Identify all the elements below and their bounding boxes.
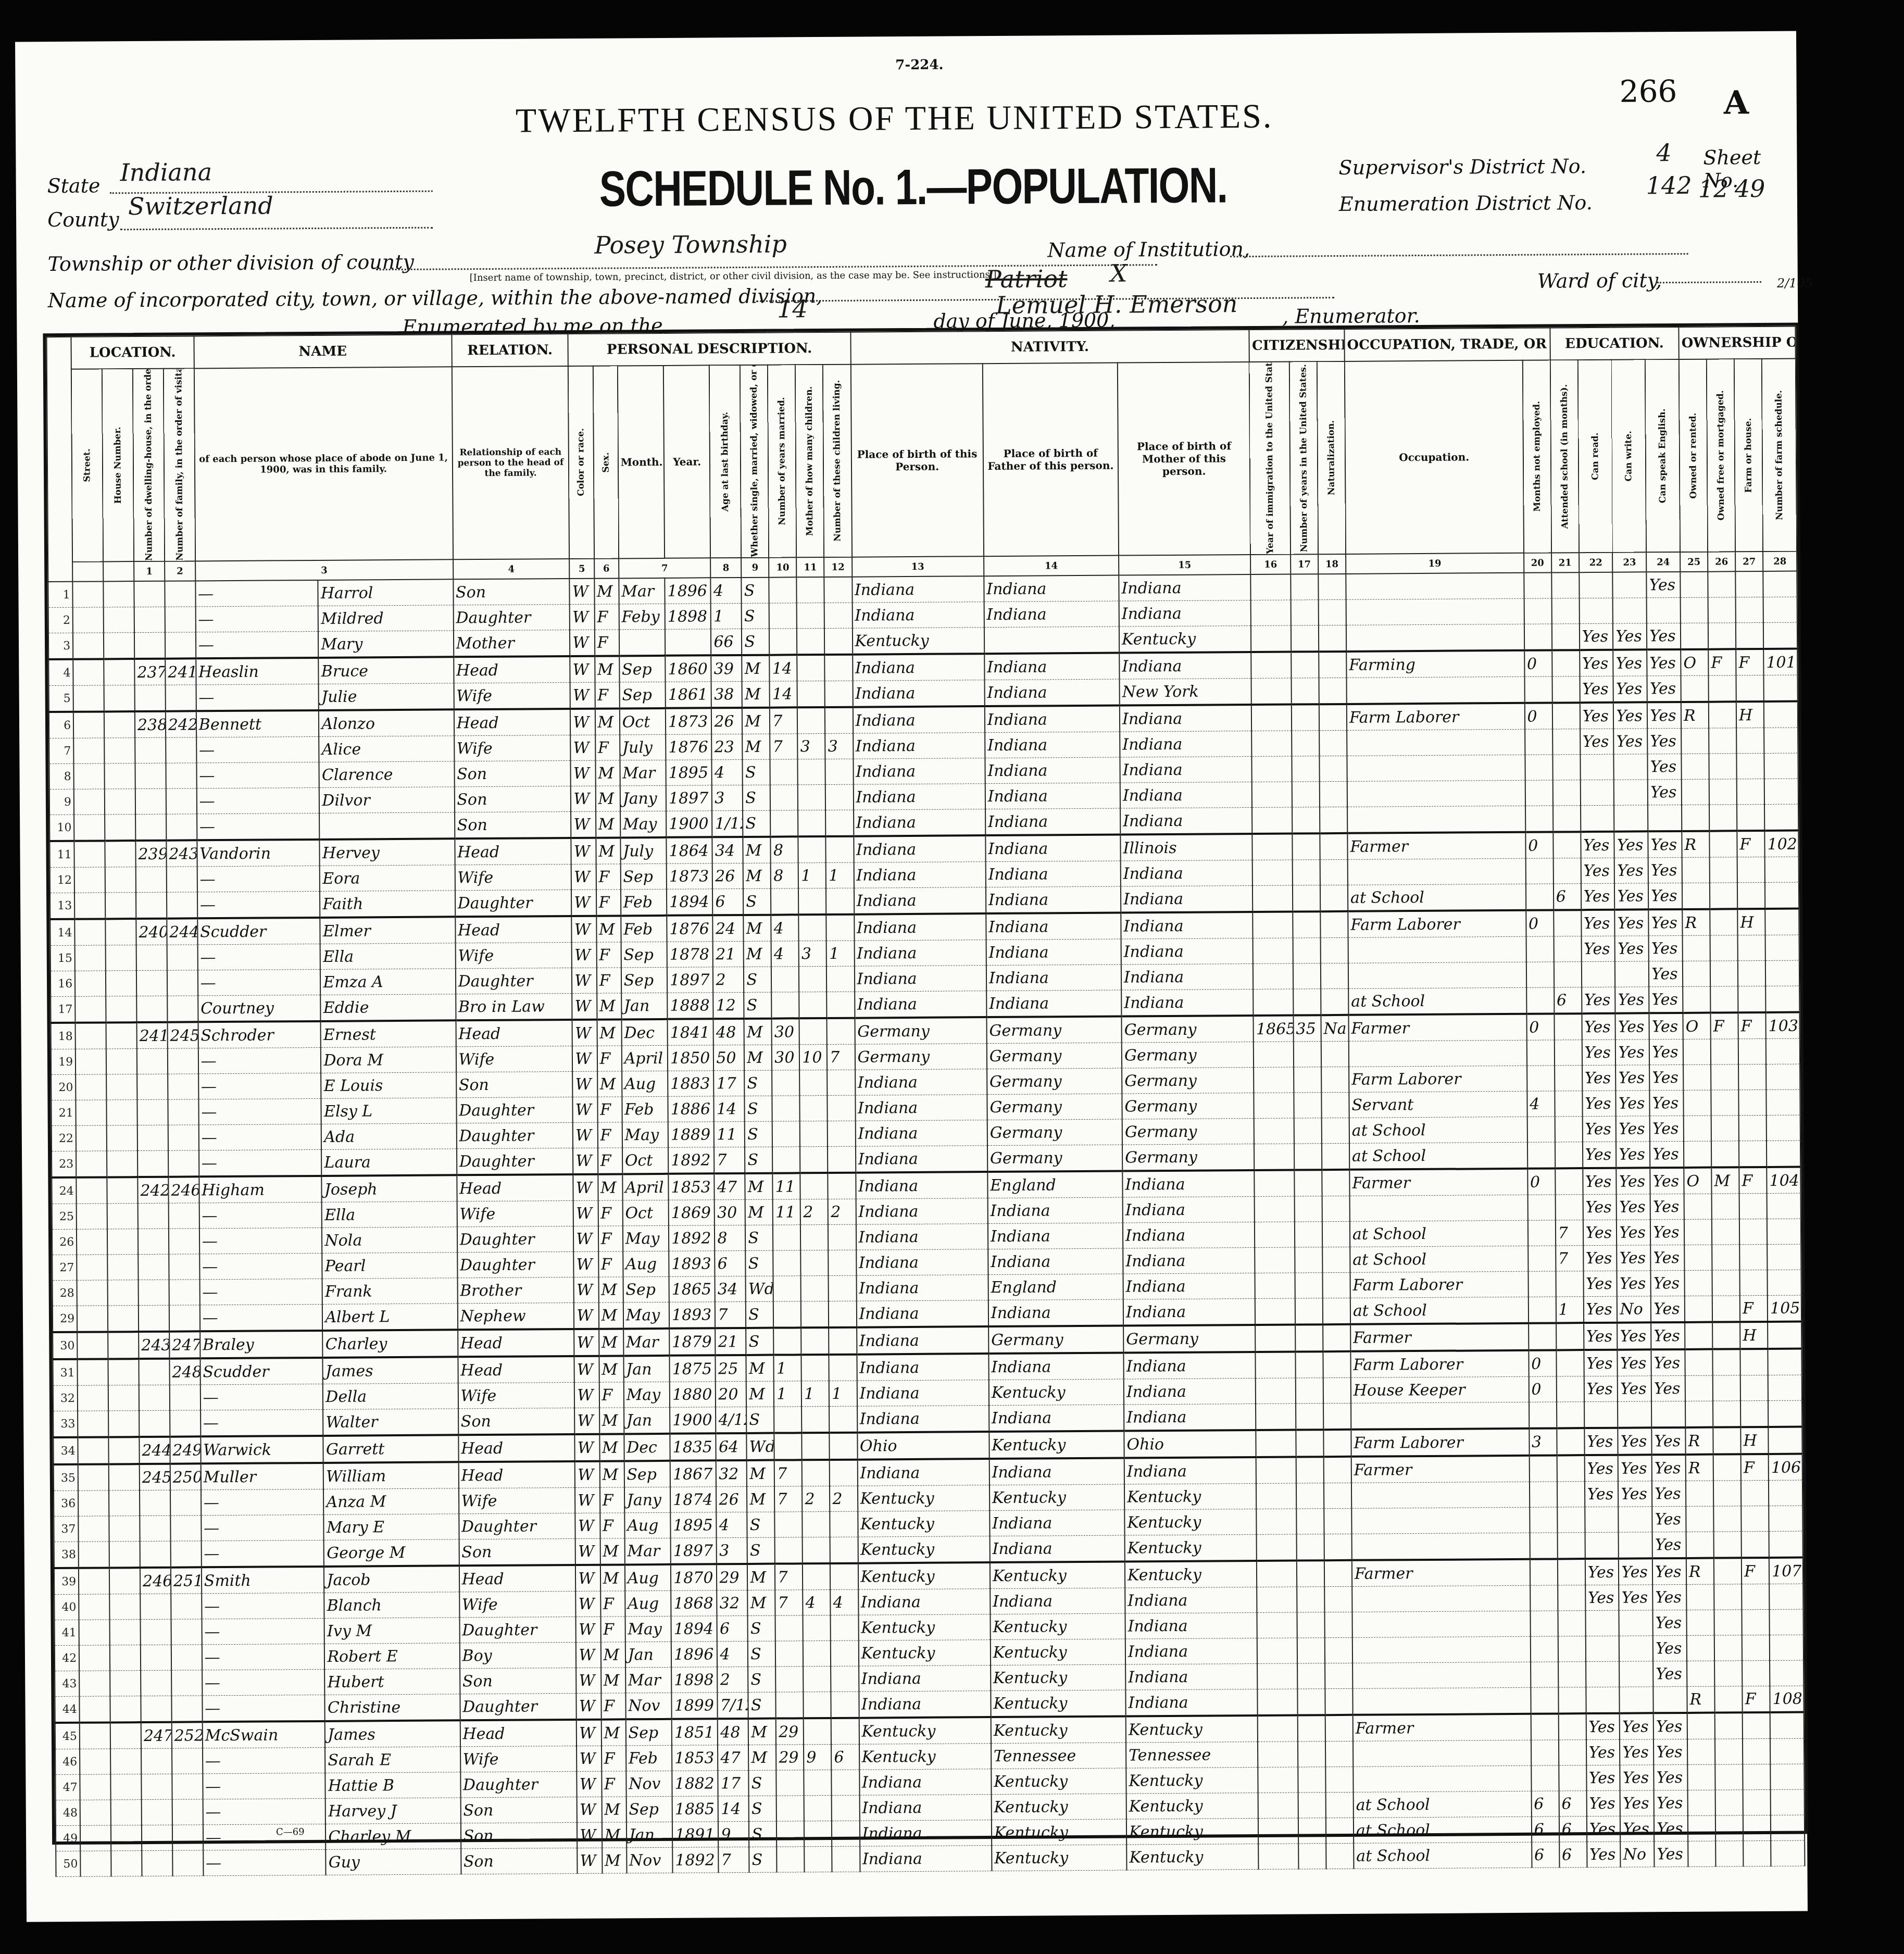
years-married-cell: [771, 992, 799, 1019]
mother-birthplace-cell: Indiana: [1121, 989, 1254, 1016]
relationship-cell: Daughter: [457, 1251, 574, 1277]
age-cell: 64: [716, 1433, 747, 1460]
dwelling-number-cell: [140, 1619, 171, 1645]
farm-house-cell: [1736, 753, 1764, 779]
given-name-cell: Eddie: [321, 994, 456, 1021]
can-read-cell: Yes: [1584, 1376, 1618, 1401]
occupation-cell: [1352, 1611, 1530, 1637]
marital-status-cell: M: [743, 837, 771, 863]
birth-year-cell: 1893: [669, 1302, 716, 1329]
birthplace-cell: Indiana: [857, 1326, 989, 1355]
dwelling-number-cell: [134, 685, 165, 711]
naturalization-cell: [1322, 1196, 1349, 1221]
years-married-cell: [775, 1512, 803, 1537]
years-married-cell: [774, 1407, 801, 1433]
father-birthplace-cell: Kentucky: [990, 1613, 1125, 1640]
col-mother-of: Mother of how many children.: [795, 365, 824, 557]
house-number-cell: [109, 1490, 140, 1516]
col-naturalization: Naturalization.: [1317, 361, 1346, 554]
race-cell: W: [574, 1382, 599, 1408]
naturalization-cell: [1319, 678, 1346, 704]
birthplace-cell: Indiana: [853, 784, 985, 810]
immigration-year-cell: [1255, 1273, 1295, 1298]
farm-schedule-cell: [1765, 935, 1799, 960]
birth-month-cell: Nov: [625, 1693, 672, 1719]
farm-house-cell: H: [1740, 1427, 1768, 1454]
birth-month-cell: Sep: [619, 656, 666, 682]
immigration-year-cell: [1252, 782, 1292, 807]
dwelling-number-cell: [138, 1254, 169, 1280]
surname-cell: —: [201, 1409, 323, 1436]
children-living-cell: [826, 836, 854, 863]
children-born-cell: [802, 1433, 830, 1460]
can-read-cell: Yes: [1582, 1116, 1616, 1142]
colnum: 20: [1524, 553, 1551, 572]
col-year: Year.: [663, 365, 711, 558]
immigration-year-cell: [1258, 1818, 1298, 1844]
months-unemployed-cell: [1531, 1687, 1558, 1714]
street-cell: [77, 1332, 108, 1359]
given-name-cell: Alonzo: [319, 709, 454, 736]
given-name-cell: Walter: [323, 1409, 458, 1436]
naturalization-cell: [1320, 911, 1348, 938]
immigration-year-cell: [1252, 860, 1293, 885]
speaks-english-cell: Yes: [1654, 1790, 1688, 1815]
row-number-cell: 23: [52, 1151, 76, 1178]
farm-schedule-cell: [1769, 1506, 1802, 1531]
mother-birthplace-cell: Indiana: [1124, 1378, 1256, 1405]
col-years-in-us: Number of years in the United States.: [1289, 361, 1318, 554]
speaks-english-cell: Yes: [1653, 1661, 1687, 1686]
birthplace-cell: Indiana: [854, 862, 986, 888]
colnum: 14: [984, 556, 1119, 577]
father-birthplace-cell: Kentucky: [992, 1845, 1126, 1871]
school-months-cell: [1555, 1091, 1582, 1117]
farm-house-cell: [1739, 1219, 1767, 1244]
months-unemployed-cell: 0: [1526, 1013, 1554, 1040]
can-write-cell: Yes: [1616, 1116, 1650, 1142]
relationship-cell: Son: [456, 1071, 573, 1097]
farm-house-cell: [1742, 1531, 1769, 1558]
enumerator-name: Lemuel H. Emerson: [996, 290, 1238, 319]
can-write-cell: Yes: [1618, 1376, 1651, 1401]
speaks-english-cell: Yes: [1648, 909, 1682, 936]
free-mortgaged-cell: [1708, 571, 1735, 597]
marital-status-cell: M: [747, 1486, 774, 1512]
years-in-us-cell: [1297, 1612, 1324, 1638]
given-name-cell: Anza M: [323, 1488, 458, 1515]
years-married-cell: [769, 603, 797, 629]
family-number-cell: [167, 892, 197, 919]
children-living-cell: [830, 1563, 858, 1590]
birth-month-cell: April: [622, 1174, 669, 1200]
father-birthplace-cell: Germany: [987, 1043, 1122, 1069]
father-birthplace-cell: Indiana: [985, 783, 1120, 809]
years-in-us-cell: [1295, 1351, 1323, 1378]
children-living-cell: [831, 1692, 859, 1718]
mother-birthplace-cell: Indiana: [1120, 807, 1252, 834]
birth-month-cell: Aug: [622, 1071, 668, 1097]
months-unemployed-cell: 0: [1529, 1350, 1556, 1376]
free-mortgaged-cell: F: [1711, 1012, 1738, 1039]
mother-birthplace-cell: Indiana: [1125, 1638, 1258, 1664]
supervisor-label: Supervisor's District No.: [1338, 155, 1586, 179]
children-living-cell: [826, 966, 854, 992]
naturalization-cell: [1322, 1272, 1350, 1298]
can-write-cell: [1618, 1401, 1651, 1428]
children-born-cell: [804, 1718, 831, 1745]
school-months-cell: [1551, 598, 1579, 624]
marital-status-cell: S: [747, 1512, 775, 1537]
sex-cell: M: [602, 1822, 626, 1848]
street-cell: [75, 945, 106, 971]
dwelling-number-cell: [142, 1850, 172, 1876]
dwelling-number-cell: [136, 867, 167, 892]
birth-year-cell: 1891: [672, 1822, 719, 1848]
given-name-cell: Julie: [319, 683, 454, 710]
children-living-cell: [829, 1301, 856, 1327]
house-number-cell: [105, 893, 136, 919]
children-born-cell: [799, 1018, 827, 1045]
family-number-cell: [170, 1541, 201, 1568]
sex-cell: F: [596, 890, 621, 916]
relationship-cell: Head: [454, 709, 570, 736]
children-born-cell: [800, 1121, 828, 1146]
surname-cell: Scudder: [200, 1358, 323, 1385]
can-write-cell: Yes: [1618, 1427, 1652, 1455]
years-married-cell: 1: [774, 1355, 801, 1381]
can-write-cell: Yes: [1615, 987, 1649, 1013]
school-months-cell: [1557, 1533, 1585, 1559]
dwelling-number-cell: [139, 1385, 170, 1410]
father-birthplace-cell: Indiana: [989, 1510, 1124, 1536]
school-months-cell: [1558, 1585, 1585, 1611]
owned-rented-cell: [1683, 961, 1710, 986]
school-months-cell: [1553, 806, 1581, 832]
birthplace-cell: Indiana: [857, 1380, 989, 1407]
family-number-cell: 245: [167, 1022, 198, 1048]
birthplace-cell: Indiana: [856, 1224, 988, 1250]
can-read-cell: Yes: [1583, 1168, 1617, 1195]
race-cell: W: [577, 1822, 602, 1848]
age-cell: 3: [712, 785, 743, 810]
dwelling-number-cell: [134, 581, 165, 607]
street-cell: [77, 1306, 108, 1332]
birth-year-cell: 1896: [671, 1642, 718, 1668]
row-number-cell: 18: [51, 1023, 76, 1049]
farm-house-cell: [1740, 1349, 1768, 1375]
marital-status-cell: S: [748, 1641, 775, 1667]
occupation-cell: Farm Laborer: [1349, 1066, 1527, 1092]
owned-rented-cell: [1687, 1739, 1715, 1764]
relationship-cell: Head: [458, 1356, 574, 1383]
birth-year-cell: 1897: [666, 785, 712, 811]
birthplace-cell: Indiana: [857, 1459, 989, 1486]
mother-birthplace-cell: Indiana: [1121, 938, 1254, 965]
family-number-cell: [170, 1410, 201, 1437]
birthplace-cell: Indiana: [857, 1354, 989, 1381]
street-cell: [74, 763, 105, 789]
birth-month-cell: Jany: [620, 785, 666, 811]
age-cell: 47: [715, 1173, 745, 1200]
school-months-cell: [1558, 1687, 1586, 1714]
occupation-cell: [1349, 1040, 1527, 1067]
age-cell: 7: [719, 1847, 749, 1872]
colnum: [103, 561, 134, 581]
house-number-cell: [110, 1671, 141, 1696]
father-birthplace-cell: Germany: [987, 1119, 1122, 1146]
race-cell: W: [577, 1720, 601, 1746]
ward-label: Ward of city,: [1537, 269, 1662, 292]
speaks-english-cell: Yes: [1652, 1532, 1686, 1558]
given-name-cell: Blanch: [324, 1592, 459, 1619]
can-read-cell: Yes: [1580, 703, 1613, 729]
can-write-cell: Yes: [1618, 1349, 1651, 1376]
race-cell: W: [576, 1617, 600, 1642]
owned-rented-cell: [1683, 1064, 1711, 1090]
col-months-unemployed: Months not employed.: [1522, 360, 1551, 553]
father-birthplace-cell: Germany: [987, 1068, 1122, 1095]
age-cell: 4: [712, 759, 743, 785]
birthplace-cell: Indiana: [857, 1406, 989, 1433]
marital-status-cell: S: [746, 1301, 773, 1328]
free-mortgaged-cell: [1712, 1296, 1740, 1322]
age-cell: 2: [717, 1667, 748, 1692]
street-cell: [80, 1749, 110, 1774]
owned-rented-cell: [1688, 1815, 1715, 1841]
father-birthplace-cell: Indiana: [985, 732, 1120, 758]
children-living-cell: [832, 1770, 859, 1795]
birth-year-cell: 1896: [665, 578, 711, 604]
farm-schedule-cell: [1770, 1712, 1804, 1739]
can-write-cell: [1619, 1610, 1653, 1636]
speaks-english-cell: Yes: [1648, 883, 1682, 909]
farm-house-cell: [1740, 1270, 1768, 1295]
dwelling-number-cell: 244: [139, 1437, 170, 1464]
children-born-cell: 1: [801, 1381, 829, 1406]
col-marital: Whether single, married, widowed, or div…: [740, 365, 769, 558]
row-number-cell: 21: [51, 1100, 76, 1125]
sex-cell: M: [595, 760, 620, 786]
years-in-us-cell: [1292, 833, 1320, 860]
marital-status-cell: S: [745, 1147, 772, 1173]
colnum: 28: [1763, 552, 1797, 571]
father-birthplace-cell: Germany: [987, 1145, 1122, 1172]
relation-header: RELATION.: [452, 334, 568, 367]
dwelling-number-cell: 239: [135, 841, 166, 867]
school-months-cell: [1556, 1323, 1584, 1350]
dwelling-number-cell: [139, 1305, 169, 1332]
farm-schedule-cell: [1768, 1270, 1801, 1295]
speaks-english-cell: Yes: [1647, 675, 1681, 702]
race-cell: W: [574, 1356, 599, 1383]
dwelling-number-cell: 243: [139, 1332, 169, 1359]
years-in-us-cell: [1296, 1509, 1324, 1534]
farm-schedule-cell: [1769, 1480, 1802, 1506]
birth-month-cell: May: [623, 1382, 670, 1408]
mother-birthplace-cell: Indiana: [1120, 731, 1252, 757]
row-number-cell: 8: [49, 763, 73, 789]
free-mortgaged-cell: [1715, 1790, 1743, 1815]
age-cell: 25: [716, 1355, 746, 1382]
children-born-cell: [797, 577, 824, 603]
location-header: LOCATION.: [71, 336, 194, 369]
surname-cell: —: [198, 1073, 321, 1099]
colnum: 5: [570, 559, 594, 579]
row-number-cell: 35: [54, 1464, 78, 1491]
street-cell: [79, 1671, 110, 1696]
given-name-cell: Garrett: [323, 1435, 459, 1463]
occupation-cell: [1348, 962, 1526, 988]
relationship-cell: Daughter: [455, 968, 572, 994]
father-birthplace-cell: Indiana: [985, 757, 1120, 784]
naturalization-cell: [1320, 833, 1347, 860]
street-cell: [75, 971, 106, 996]
street-cell: [77, 1204, 107, 1229]
given-name-cell: Mildred: [318, 605, 453, 632]
house-number-cell: [111, 1851, 142, 1876]
colnum: 7: [619, 558, 711, 578]
naturalization-cell: [1325, 1637, 1352, 1663]
relationship-cell: Wife: [456, 1046, 572, 1072]
mother-birthplace-cell: Germany: [1122, 1144, 1255, 1171]
street-cell: [76, 1049, 106, 1074]
school-months-cell: [1552, 703, 1580, 729]
school-months-cell: [1555, 1142, 1583, 1169]
immigration-year-cell: [1252, 834, 1293, 860]
marital-status-cell: M: [748, 1719, 776, 1745]
farm-schedule-cell: [1768, 1349, 1801, 1375]
house-number-cell: [105, 867, 136, 893]
children-born-cell: [800, 1173, 828, 1199]
relationship-cell: Head: [458, 1329, 574, 1357]
street-cell: [77, 1229, 107, 1255]
naturalization-cell: [1320, 885, 1348, 911]
marital-status-cell: M: [745, 1199, 773, 1225]
birth-month-cell: Feb: [622, 1096, 668, 1122]
occupation-cell: Farm Laborer: [1350, 1271, 1528, 1298]
family-number-cell: [166, 814, 197, 841]
children-living-cell: [824, 577, 852, 603]
family-number-cell: [172, 1850, 203, 1876]
father-birthplace-cell: [984, 627, 1119, 654]
occupation-cell: Farmer: [1347, 832, 1525, 860]
marital-status-cell: S: [748, 1615, 775, 1641]
given-name-cell: Hervey: [320, 838, 455, 866]
marital-status-cell: M: [742, 734, 770, 759]
naturalization-cell: [1323, 1324, 1350, 1351]
row-number-cell: 41: [55, 1620, 79, 1645]
speaks-english-cell: Yes: [1648, 857, 1682, 883]
sex-cell: M: [594, 578, 619, 604]
given-name-cell: Ella: [322, 1201, 457, 1228]
can-write-cell: Yes: [1617, 1271, 1651, 1296]
age-cell: 38: [711, 681, 742, 708]
family-number-cell: 244: [167, 918, 197, 945]
relationship-cell: Daughter: [459, 1617, 576, 1643]
street-cell: [78, 1464, 109, 1490]
years-in-us-cell: [1294, 1196, 1322, 1222]
occupation-cell: Farmer: [1348, 1014, 1526, 1042]
colnum: 15: [1119, 555, 1251, 575]
mother-birthplace-cell: Indiana: [1125, 1689, 1258, 1716]
family-number-cell: [165, 581, 195, 607]
house-number-cell: [107, 1255, 138, 1280]
free-mortgaged-cell: [1714, 1635, 1742, 1661]
can-write-cell: Yes: [1620, 1790, 1654, 1816]
school-months-cell: [1557, 1428, 1584, 1455]
birth-year-cell: 1892: [669, 1225, 715, 1251]
surname-cell: —: [198, 969, 321, 995]
years-in-us-cell: [1298, 1793, 1325, 1818]
occupation-cell: [1347, 780, 1525, 807]
given-name-cell: Nola: [322, 1227, 457, 1254]
birth-year-cell: 1899: [671, 1693, 718, 1719]
sex-cell: M: [599, 1408, 624, 1434]
farm-schedule-cell: [1767, 1115, 1800, 1141]
row-number-cell: 15: [51, 945, 75, 971]
relationship-cell: Son: [455, 811, 571, 838]
months-unemployed-cell: [1528, 1271, 1556, 1297]
house-number-cell: [110, 1722, 141, 1749]
father-birthplace-cell: Indiana: [985, 808, 1120, 835]
marital-status-cell: M: [746, 1355, 774, 1382]
surname-cell: —: [199, 1227, 322, 1254]
colnum: 19: [1346, 553, 1524, 574]
school-months-cell: [1558, 1662, 1586, 1687]
mother-birthplace-cell: Kentucky: [1126, 1767, 1258, 1794]
immigration-year-cell: [1258, 1715, 1298, 1742]
surname-cell: —: [202, 1593, 324, 1619]
children-living-cell: 3: [825, 733, 853, 759]
father-birthplace-cell: Germany: [986, 1017, 1121, 1044]
given-name-cell: [319, 812, 455, 840]
months-unemployed-cell: [1527, 1066, 1555, 1091]
can-read-cell: [1586, 1687, 1620, 1713]
family-number-cell: 249: [170, 1436, 201, 1463]
age-cell: 7/12: [718, 1692, 748, 1719]
years-married-cell: [772, 1096, 800, 1121]
given-name-cell: Christine: [325, 1694, 460, 1721]
surname-cell: —: [199, 1149, 322, 1176]
years-married-cell: [776, 1821, 804, 1847]
children-born-cell: 3: [799, 941, 826, 966]
owned-rented-cell: O: [1684, 1168, 1711, 1194]
street-cell: [73, 659, 104, 685]
enumerator-label: , Enumerator.: [1282, 304, 1420, 328]
race-cell: W: [574, 1302, 598, 1329]
marital-status-cell: S: [745, 1121, 772, 1147]
farm-house-cell: [1736, 622, 1763, 649]
house-number-cell: [109, 1464, 140, 1490]
months-unemployed-cell: [1527, 1220, 1555, 1246]
family-number-cell: [172, 1799, 203, 1825]
county-value: Switzerland: [128, 191, 273, 220]
children-born-cell: [803, 1640, 831, 1666]
col-sex: Sex.: [593, 366, 618, 558]
children-born-cell: [797, 603, 824, 629]
relationship-cell: Head: [455, 838, 571, 865]
race-cell: W: [574, 1329, 599, 1356]
relationship-cell: Bro in Law: [456, 993, 572, 1020]
children-living-cell: [829, 1327, 856, 1355]
birthplace-cell: Indiana: [856, 1300, 988, 1327]
birthplace-cell: Indiana: [854, 809, 986, 836]
dwelling-number-cell: [136, 996, 167, 1022]
immigration-year-cell: [1251, 731, 1292, 756]
farm-house-cell: [1738, 1064, 1766, 1089]
immigration-year-cell: [1258, 1742, 1298, 1767]
